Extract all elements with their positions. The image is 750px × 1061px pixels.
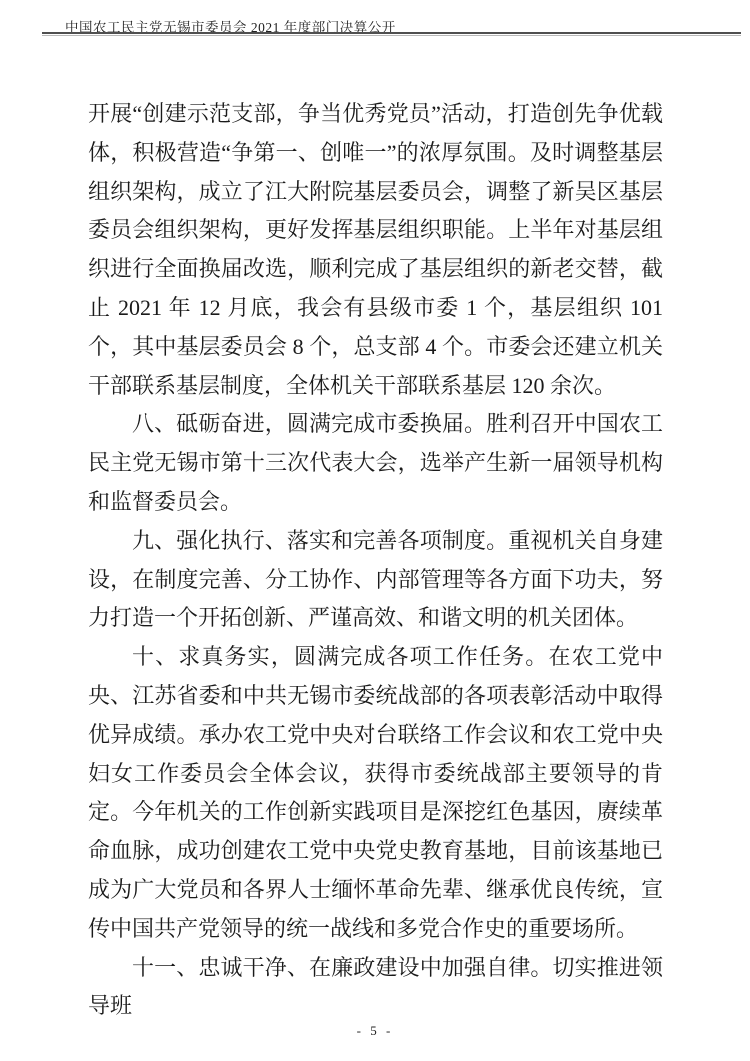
document-page: 中国农工民主党无锡市委员会 2021 年度部门决算公开 开展“创建示范支部，争当… (0, 0, 750, 1061)
paragraph-section-8: 八、砥砺奋进，圆满完成市委换届。胜利召开中国农工民主党无锡市第十三次代表大会，选… (88, 405, 663, 521)
paragraph-section-10: 十、求真务实，圆满完成各项工作任务。在农工党中央、江苏省委和中共无锡市委统战部的… (88, 638, 663, 948)
document-body: 开展“创建示范支部，争当优秀党员”活动，打造创先争优载体，积极营造“争第一、创唯… (88, 95, 663, 1026)
paragraph-section-9: 九、强化执行、落实和完善各项制度。重视机关自身建设，在制度完善、分工协作、内部管… (88, 522, 663, 638)
paragraph-section-11: 十一、忠诚干净、在廉政建设中加强自律。切实推进领导班 (88, 949, 663, 1027)
paragraph-continuation: 开展“创建示范支部，争当优秀党员”活动，打造创先争优载体，积极营造“争第一、创唯… (88, 95, 663, 405)
header-divider (42, 32, 741, 36)
page-number: - 5 - (0, 1023, 750, 1039)
